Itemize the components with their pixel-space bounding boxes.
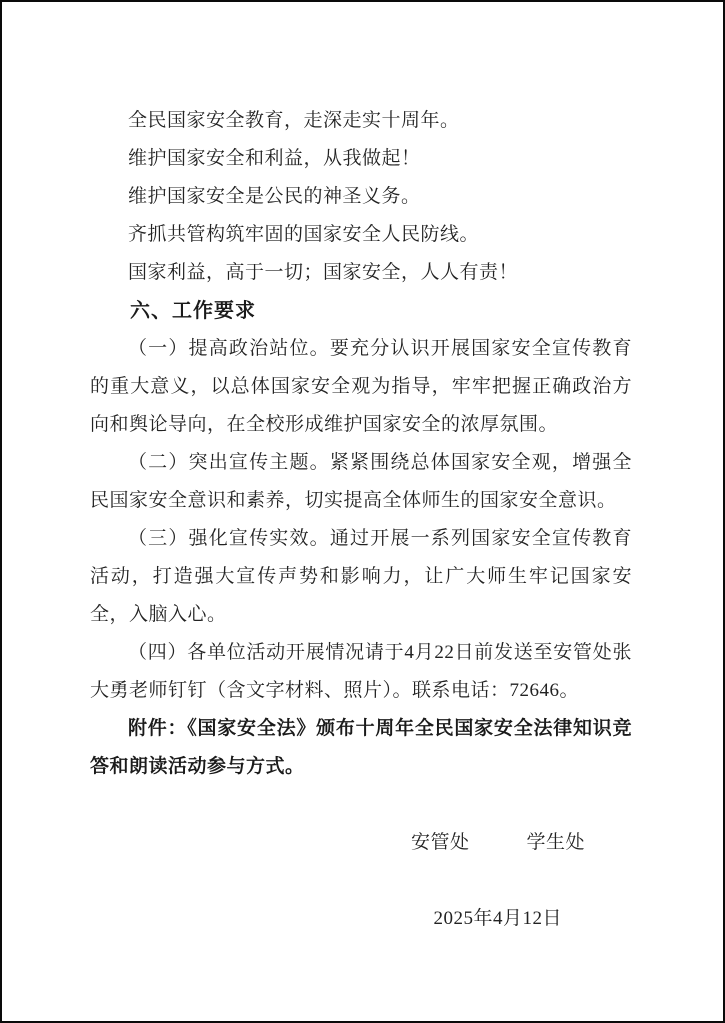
section-heading-work-requirements: 六、工作要求 (90, 292, 632, 330)
slogan-line-1: 全民国家安全教育，走深走实十周年。 (90, 102, 632, 140)
attachment-note: 附件：《国家安全法》颁布十周年全民国家安全法律知识竞答和朗读活动参与方式。 (90, 710, 632, 786)
paragraph-2-publicity-theme: （二）突出宣传主题。紧紧围绕总体国家安全观，增强全民国家安全意识和素养，切实提高… (90, 444, 632, 520)
paragraph-4-submission-info: （四）各单位活动开展情况请于4月22日前发送至安管处张大勇老师钉钉（含文字材料、… (90, 634, 632, 710)
document-content: 全民国家安全教育，走深走实十周年。 维护国家安全和利益，从我做起！ 维护国家安全… (2, 2, 723, 938)
document-page: 全民国家安全教育，走深走实十周年。 维护国家安全和利益，从我做起！ 维护国家安全… (0, 0, 725, 1023)
paragraph-3-publicity-effect: （三）强化宣传实效。通过开展一系列国家安全宣传教育活动，打造强大宣传声势和影响力… (90, 520, 632, 634)
slogan-line-4: 齐抓共管构筑牢固的国家安全人民防线。 (90, 216, 632, 254)
signature-block: 安管处 学生处 (90, 824, 632, 862)
paragraph-1-political-position: （一）提高政治站位。要充分认识开展国家安全宣传教育的重大意义，以总体国家安全观为… (90, 330, 632, 444)
slogan-line-3: 维护国家安全是公民的神圣义务。 (90, 178, 632, 216)
slogan-line-2: 维护国家安全和利益，从我做起！ (90, 140, 632, 178)
signature-dept-student-office: 学生处 (526, 824, 585, 862)
document-date: 2025年4月12日 (90, 900, 632, 938)
slogan-line-5: 国家利益，高于一切；国家安全，人人有责！ (90, 254, 632, 292)
signature-dept-security-office: 安管处 (411, 824, 470, 862)
